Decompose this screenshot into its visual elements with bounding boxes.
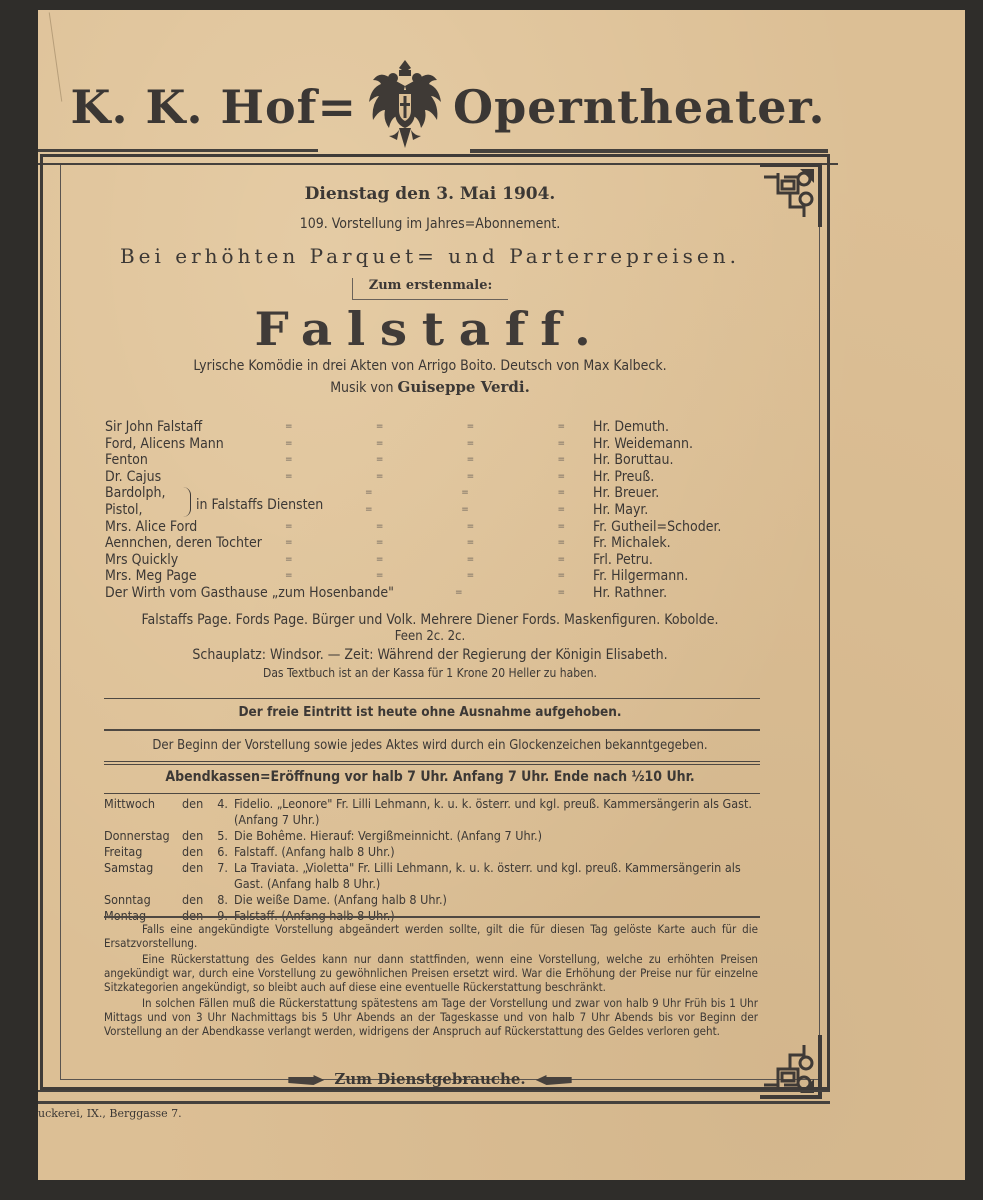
- bottom-rule: [38, 1090, 830, 1092]
- cast-row: Mrs. Alice Ford====Fr. Gutheil=Schoder.: [105, 519, 755, 536]
- music-prefix: Musik von: [330, 380, 393, 396]
- divider: [104, 793, 760, 794]
- masthead: K. K. Hof= Operntheater.: [68, 62, 828, 152]
- divider: [104, 698, 760, 699]
- cast-row: Der Wirth vom Gasthause „zum Hosenbande"…: [105, 585, 755, 602]
- cast-row: Fenton====Hr. Boruttau.: [105, 452, 755, 469]
- price-notice: Bei erhöhten Parquet= und Parterrepreise…: [100, 244, 760, 268]
- refund-policy: Falls eine angekündigte Vorstellung abge…: [104, 922, 758, 1040]
- masthead-left: K. K. Hof=: [71, 80, 358, 134]
- divider: [104, 916, 760, 918]
- cast-row: Sir John Falstaff====Hr. Demuth.: [105, 419, 755, 436]
- schedule-row: Sonntagden8.Die weiße Dame. (Anfang halb…: [104, 892, 764, 908]
- cast-row: Aennchen, deren Tochter====Fr. Michalek.: [105, 535, 755, 552]
- performance-date: Dienstag den 3. Mai 1904.: [100, 184, 760, 204]
- bell-notice: Der Beginn der Vorstellung sowie jedes A…: [100, 738, 760, 753]
- extras-block: Falstaffs Page. Fords Page. Bürger und V…: [100, 612, 760, 680]
- top-rule: [38, 149, 318, 152]
- libretto-line: Das Textbuch ist an der Kassa für 1 Kron…: [100, 666, 760, 680]
- schedule-row: Freitagden6.Falstaff. (Anfang halb 8 Uhr…: [104, 844, 764, 860]
- cast-row: Mrs Quickly====Frl. Petru.: [105, 552, 755, 569]
- upcoming-schedule: Mittwochden4.Fidelio. „Leonore" Fr. Lill…: [104, 796, 764, 924]
- double-headed-eagle-icon: [365, 56, 445, 152]
- cast-brace: [182, 487, 191, 517]
- policy-paragraph: Eine Rückerstattung des Geldes kann nur …: [104, 952, 758, 994]
- setting-line: Schauplatz: Windsor. — Zeit: Während der…: [100, 647, 760, 663]
- chorus-line: Falstaffs Page. Fords Page. Bürger und V…: [100, 612, 760, 628]
- policy-paragraph: In solchen Fällen muß die Rückerstattung…: [104, 996, 758, 1038]
- service-label: Zum Dienstgebrauche.: [334, 1070, 525, 1088]
- pointing-hand-icon: [536, 1075, 572, 1085]
- premiere-label: Zum erstenmale:: [352, 278, 509, 300]
- composer-line: Musik von Guiseppe Verdi.: [100, 378, 760, 396]
- cast-row: Dr. Cajus====Hr. Preuß.: [105, 469, 755, 486]
- divider: [104, 729, 760, 731]
- opera-subtitle: Lyrische Komödie in drei Akten von Arrig…: [100, 358, 760, 374]
- cast-row: Ford, Alicens Mann====Hr. Weidemann.: [105, 436, 755, 453]
- times-notice: Abendkassen=Eröffnung vor halb 7 Uhr. An…: [100, 769, 760, 785]
- schedule-row: Mittwochden4.Fidelio. „Leonore" Fr. Lill…: [104, 796, 764, 828]
- pointing-hand-icon: [288, 1075, 324, 1085]
- schedule-row: Donnerstagden5.Die Bohême. Hierauf: Verg…: [104, 828, 764, 844]
- service-use-line: Zum Dienstgebrauche.: [100, 1070, 760, 1088]
- divider: [104, 764, 760, 765]
- composer-name: Guiseppe Verdi.: [398, 378, 530, 396]
- free-entry-notice: Der freie Eintritt ist heute ohne Ausnah…: [100, 704, 760, 720]
- chorus-line-2: Feen 2c. 2c.: [100, 629, 760, 644]
- printer-imprint: uckerei, IX., Berggasse 7.: [38, 1107, 182, 1120]
- cast-row: Mrs. Meg Page====Fr. Hilgermann.: [105, 568, 755, 585]
- corner-ornament-icon: [760, 163, 824, 227]
- divider: [104, 761, 760, 762]
- masthead-right: Operntheater.: [453, 80, 826, 134]
- policy-paragraph: Falls eine angekündigte Vorstellung abge…: [104, 922, 758, 950]
- opera-title: Falstaff.: [84, 302, 777, 356]
- bottom-rule: [38, 1101, 830, 1104]
- schedule-row: Samstagden7.La Traviata. „Violetta" Fr. …: [104, 860, 764, 892]
- subscription-number: 109. Vorstellung im Jahres=Abonnement.: [100, 216, 760, 232]
- cast-brace-note: in Falstaffs Diensten: [196, 497, 323, 513]
- top-rule: [470, 149, 828, 153]
- playbill-header: Dienstag den 3. Mai 1904. 109. Vorstellu…: [100, 180, 760, 396]
